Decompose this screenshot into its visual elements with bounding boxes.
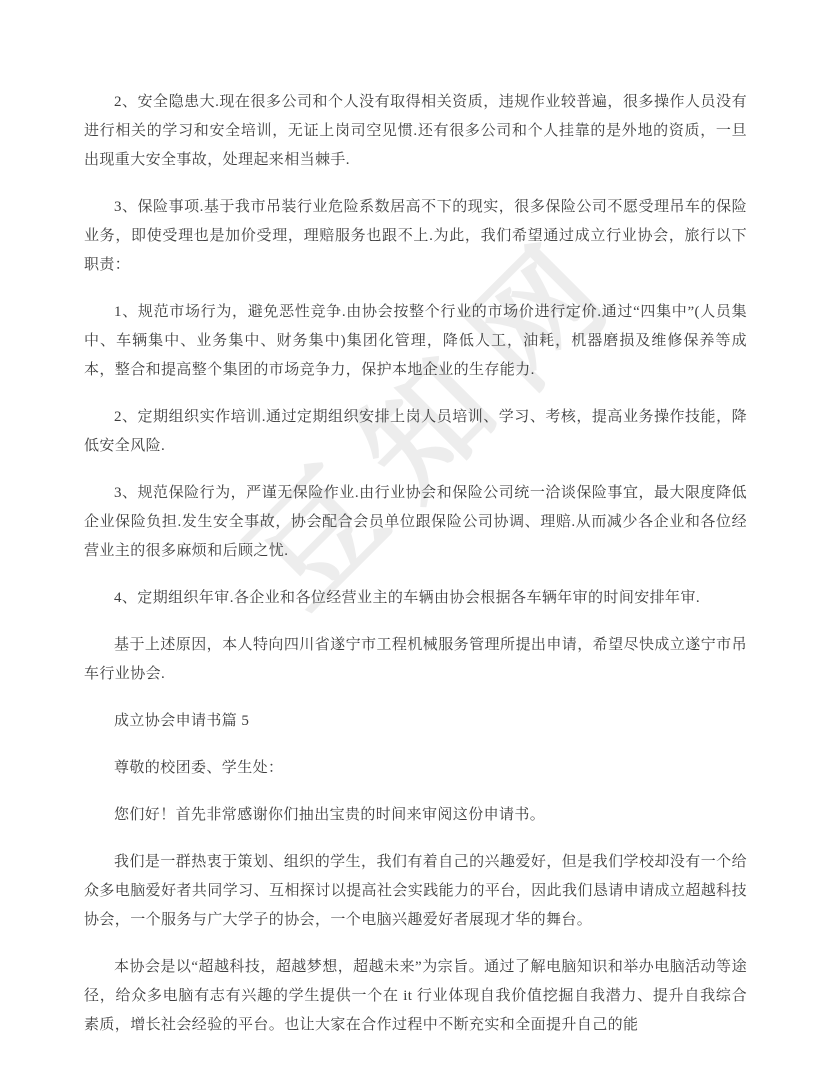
paragraph: 2、安全隐患大.现在很多公司和个人没有取得相关资质，违规作业较普遍，很多操作人员… <box>84 88 747 175</box>
paragraph: 4、定期组织年审.各企业和各位经营业主的车辆由协会根据各车辆年审的时间安排年审. <box>84 584 747 613</box>
paragraph: 2、定期组织实作培训.通过定期组织安排上岗人员培训、学习、考核，提高业务操作技能… <box>84 403 747 461</box>
document-page: 豆知网 2、安全隐患大.现在很多公司和个人没有取得相关资质，违规作业较普遍，很多… <box>0 0 830 1074</box>
paragraph: 您们好！首先非常感谢你们抽出宝贵的时间来审阅这份申请书。 <box>84 801 747 830</box>
paragraph-salutation: 尊敬的校团委、学生处： <box>84 754 747 783</box>
paragraph: 我们是一群热衷于策划、组织的学生，我们有着自己的兴趣爱好，但是我们学校却没有一个… <box>84 848 747 935</box>
paragraph: 3、规范保险行为，严谨无保险作业.由行业协会和保险公司统一洽谈保险事宜，最大限度… <box>84 479 747 566</box>
paragraph: 1、规范市场行为，避免恶性竞争.由协会按整个行业的市场价进行定价.通过“四集中”… <box>84 298 747 385</box>
paragraph: 本协会是以“超越科技，超越梦想，超越未来”为宗旨。通过了解电脑知识和举办电脑活动… <box>84 953 747 1040</box>
paragraph: 3、保险事项.基于我市吊装行业危险系数居高不下的现实，很多保险公司不愿受理吊车的… <box>84 193 747 280</box>
paragraph-section-title: 成立协会申请书篇 5 <box>84 707 747 736</box>
paragraph: 基于上述原因，本人特向四川省遂宁市工程机械服务管理所提出申请，希望尽快成立遂宁市… <box>84 631 747 689</box>
document-body: 2、安全隐患大.现在很多公司和个人没有取得相关资质，违规作业较普遍，很多操作人员… <box>84 88 747 1058</box>
